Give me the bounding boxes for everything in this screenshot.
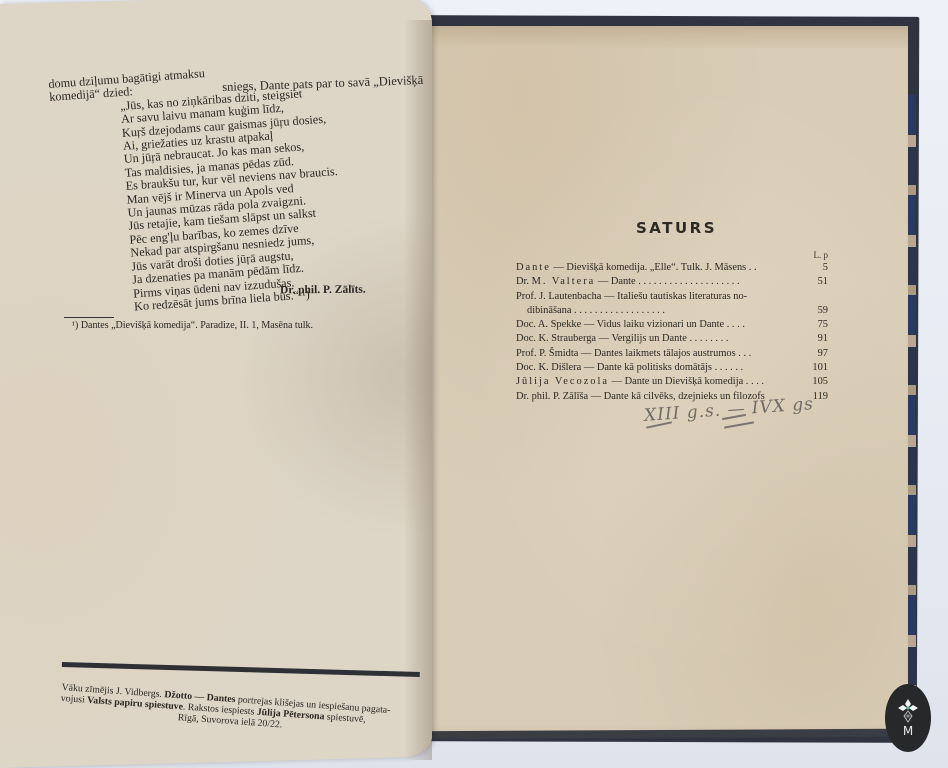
toc-entry[interactable]: Doc. A. Spekke — Vidus laiku vizionari u… — [516, 318, 828, 332]
table-of-contents: L. p Dante — Dievišķā komedija. „Elle“. … — [516, 250, 828, 404]
poem-quote: „Jūs, kas no ziņkāribas dziti, steigsiet… — [120, 82, 394, 314]
page-number: 5 — [806, 261, 828, 275]
svg-text:M: M — [903, 724, 913, 738]
page-number: 75 — [806, 318, 828, 332]
page-number: 101 — [806, 361, 828, 375]
page-number: 97 — [806, 347, 828, 361]
toc-entry[interactable]: Prof. P. Šmidta — Dantes laikmets tālajo… — [516, 347, 828, 361]
toc-entry[interactable]: Dante — Dievišķā komedija. „Elle“. Tulk.… — [516, 261, 828, 275]
page-number: 105 — [806, 375, 828, 389]
toc-title: SATURS — [636, 219, 717, 237]
page-top-stain — [424, 26, 908, 48]
flower-ornament-icon: M — [893, 693, 923, 743]
footnote-divider — [64, 317, 114, 318]
toc-entry[interactable]: Dr. M. Valtera — Dante . . . . . . . . .… — [516, 275, 828, 289]
toc-entry[interactable]: Doc. K. Dišlera — Dante kā politisks dom… — [516, 361, 828, 375]
seller-logo-badge: M — [885, 684, 931, 752]
page-number: 51 — [806, 275, 828, 289]
toc-entry[interactable]: Jūlija Vecozola — Dante un Dievišķā kome… — [516, 375, 828, 389]
footnote: ¹) Dantes „Dievišķā komedija“. Paradize,… — [72, 320, 313, 331]
author-signature: Dr. phil. P. Zālīts. — [280, 284, 366, 297]
essay-ending: domu dziļumu bagātigi atmaksu komedijā“ … — [48, 55, 394, 319]
page-number: 59 — [806, 304, 828, 318]
page-number: 91 — [806, 332, 828, 346]
page-column-header: L. p — [516, 250, 828, 261]
toc-entry-continuation[interactable]: dibināšana . . . . . . . . . . . . . . .… — [516, 304, 828, 318]
toc-entry[interactable]: Doc. K. Strauberga — Vergilijs un Dante … — [516, 332, 828, 346]
toc-entry[interactable]: Prof. J. Lautenbacha — Italiešu tautiska… — [516, 290, 828, 304]
